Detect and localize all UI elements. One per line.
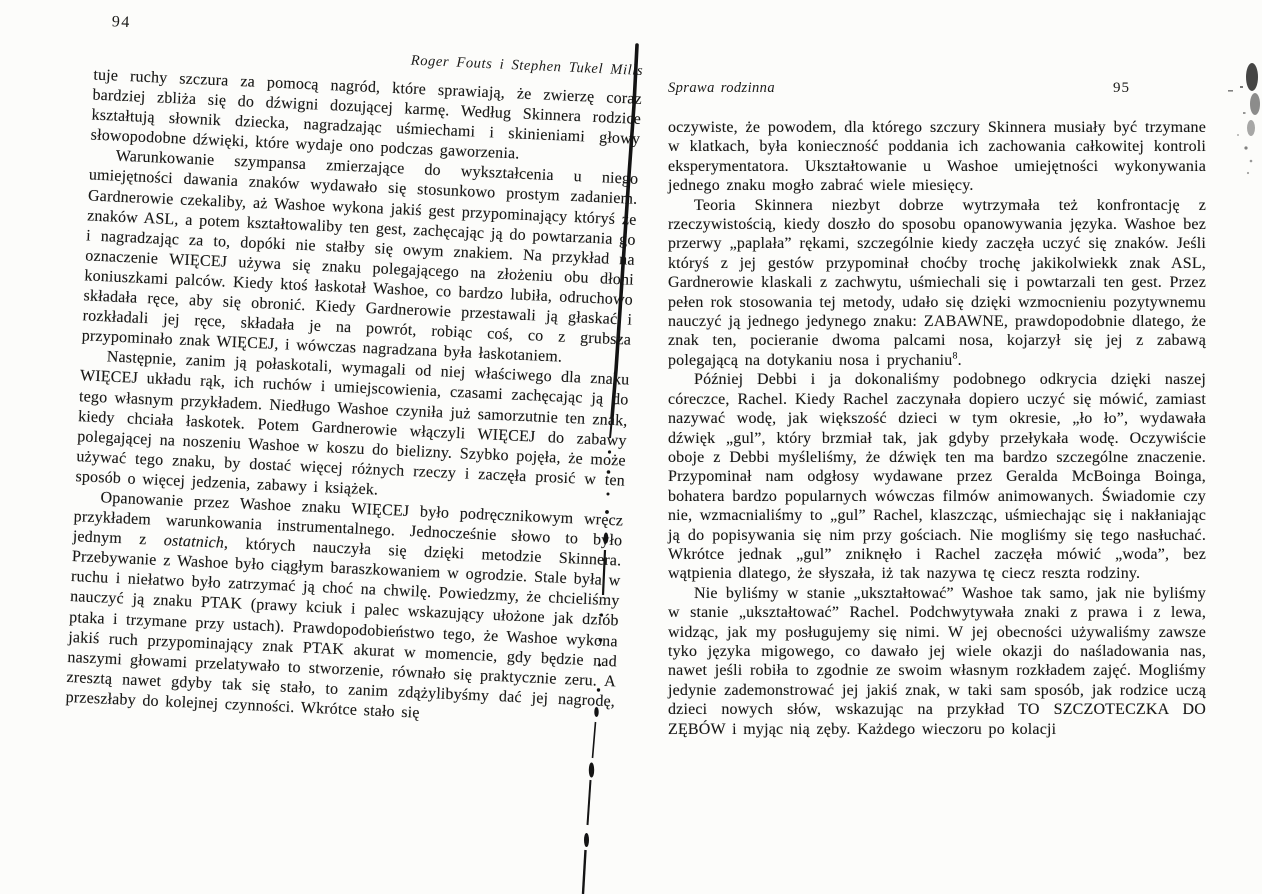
paragraph: Teoria Skinnera niezbyt dobrze wytrzymał…	[668, 196, 1206, 371]
right-page-number: 95	[1113, 80, 1130, 97]
paragraph: Opanowanie przez Washoe znaku WIĘCEJ był…	[65, 487, 623, 732]
paragraph: oczywiste, że powodem, dla którego szczu…	[668, 118, 1206, 196]
left-page-number: 94	[111, 13, 131, 32]
paragraph: Nie byliśmy w stanie „ukształtować” Wash…	[668, 584, 1206, 739]
scanned-book-spread: { "left_page": { "page_number": "94", "r…	[0, 0, 1262, 894]
paragraph: Warunkowanie szympansa zmierzające do wy…	[81, 146, 638, 371]
right-page-body: oczywiste, że powodem, dla którego szczu…	[668, 118, 1206, 739]
paragraph: Później Debbi i ja dokonaliśmy podobnego…	[668, 370, 1206, 583]
right-page-header: Sprawa rodzinna 95	[668, 80, 1206, 97]
paragraph: Następnie, zanim ją połaskotali, wymagal…	[75, 347, 630, 512]
right-page: Sprawa rodzinna 95 oczywiste, że powodem…	[668, 80, 1206, 739]
left-page: 94 Roger Fouts i Stephen Tukel Mills tuj…	[65, 13, 644, 733]
left-page-body: tuje ruchy szczura za pomocą nagród, któ…	[65, 66, 642, 733]
right-running-header: Sprawa rodzinna	[668, 80, 775, 97]
